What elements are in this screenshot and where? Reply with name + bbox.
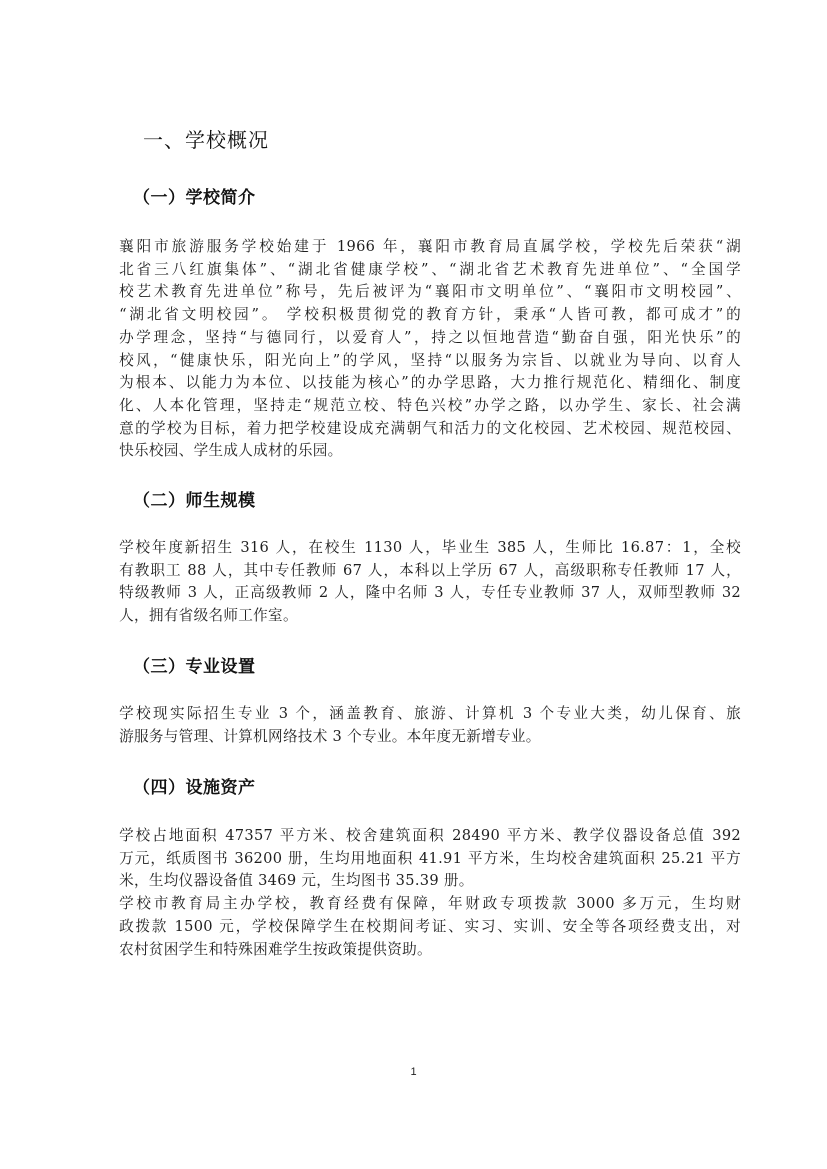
text-line: 万元，纸质图书 36200 册，生均用地面积 41.91 平方米，生均校舍建筑面… <box>87 848 741 871</box>
text-line: 学校年度新招生 316 人，在校生 1130 人，毕业生 385 人，生师比 1… <box>87 537 741 560</box>
text-line: 襄阳市旅游服务学校始建于 1966 年，襄阳市教育局直属学校，学校先后荣获“湖 <box>87 236 741 259</box>
text-line: 校风，“健康快乐，阳光向上”的学风，坚持“以服务为宗旨、以就业为导向、以育人 <box>87 350 741 373</box>
subsection-heading-school-intro: （一）学校简介 <box>133 183 256 208</box>
text-line: 学校占地面积 47357 平方米、校舍建筑面积 28490 平方米、教学仪器设备… <box>87 825 741 848</box>
text-line: 办学理念，坚持“与德同行，以爱育人”，持之以恒地营造“勤奋自强，阳光快乐”的 <box>87 327 741 350</box>
text-line: 化、人本化管理，坚持走“规范立校、特色兴校”办学之路，以办学生、家长、社会满 <box>87 395 741 418</box>
text-line: 学校现实际招生专业 3 个，涵盖教育、旅游、计算机 3 个专业大类，幼儿保育、旅 <box>87 703 741 726</box>
text-line: 北省三八红旗集体”、“湖北省健康学校”、“湖北省艺术教育先进单位”、“全国学 <box>87 259 741 282</box>
paragraph-staff-students: 学校年度新招生 316 人，在校生 1130 人，毕业生 385 人，生师比 1… <box>87 537 741 628</box>
text-line: 农村贫困学生和特殊困难学生按政策提供资助。 <box>87 939 741 962</box>
subsection-heading-facilities: （四）设施资产 <box>133 773 256 798</box>
document-page: 一、学校概况 （一）学校简介 襄阳市旅游服务学校始建于 1966 年，襄阳市教育… <box>0 0 827 1169</box>
paragraph-school-intro: 襄阳市旅游服务学校始建于 1966 年，襄阳市教育局直属学校，学校先后荣获“湖 … <box>87 236 741 463</box>
text-line: 人，拥有省级名师工作室。 <box>87 605 741 628</box>
subsection-heading-staff-students: （二）师生规模 <box>133 486 256 511</box>
text-line: 有教职工 88 人，其中专任教师 67 人，本科以上学历 67 人，高级职称专任… <box>87 560 741 583</box>
paragraph-facilities: 学校占地面积 47357 平方米、校舍建筑面积 28490 平方米、教学仪器设备… <box>87 825 741 961</box>
text-line: 意的学校为目标，着力把学校建设成充满朝气和活力的文化校园、艺术校园、规范校园、 <box>87 418 741 441</box>
text-line: 米，生均仪器设备值 3469 元，生均图书 35.39 册。 <box>87 870 741 893</box>
text-line: 为根本、以能力为本位、以技能为核心”的办学思路，大力推行规范化、精细化、制度 <box>87 372 741 395</box>
text-line: 游服务与管理、计算机网络技术 3 个专业。本年度无新增专业。 <box>87 726 741 749</box>
paragraph-majors: 学校现实际招生专业 3 个，涵盖教育、旅游、计算机 3 个专业大类，幼儿保育、旅… <box>87 703 741 748</box>
text-line: 校艺术教育先进单位”称号，先后被评为“襄阳市文明单位”、“襄阳市文明校园”、 <box>87 281 741 304</box>
page-number: 1 <box>0 1066 827 1078</box>
text-line: 特级教师 3 人，正高级教师 2 人，隆中名师 3 人，专任专业教师 37 人，… <box>87 582 741 605</box>
text-line: 快乐校园、学生成人成材的乐园。 <box>87 440 741 463</box>
text-line: “湖北省文明校园”。 学校积极贯彻党的教育方针，秉承“人皆可教，都可成才”的 <box>87 304 741 327</box>
text-line: 政拨款 1500 元，学校保障学生在校期间考证、实习、实训、安全等各项经费支出，… <box>87 916 741 939</box>
subsection-heading-majors: （三）专业设置 <box>133 652 256 677</box>
section-title: 一、学校概况 <box>143 124 269 153</box>
text-line: 学校市教育局主办学校，教育经费有保障，年财政专项拨款 3000 多万元，生均财 <box>87 893 741 916</box>
